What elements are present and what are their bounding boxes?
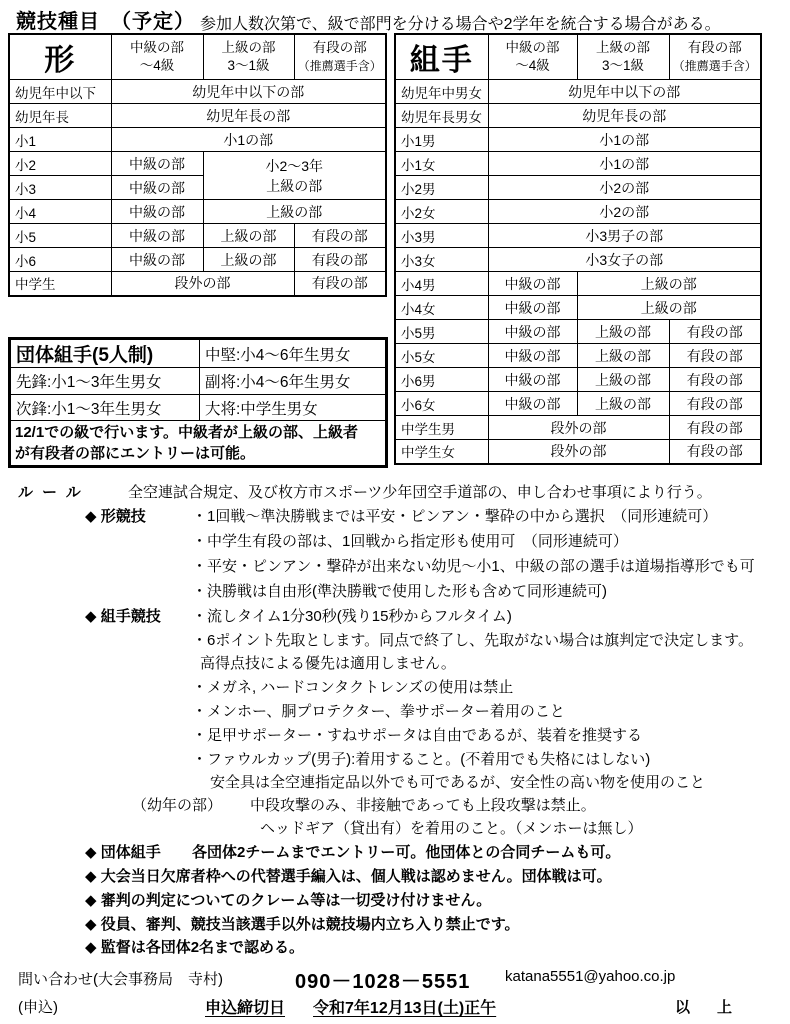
table-row: 団体組手(5人制) 中堅:小4～6年生男女 bbox=[10, 339, 387, 368]
division-cell: 中級の部 bbox=[111, 224, 203, 248]
column-header: 上級の部3～1級 bbox=[577, 34, 669, 80]
kata-table: 形中級の部～4級上級の部3～1級有段の部（推薦選手含）幼児年中以下幼児年中以下の… bbox=[8, 33, 387, 297]
division-cell: 上級の部 bbox=[577, 296, 761, 320]
contact-phone: 090－1028－5551 bbox=[295, 965, 470, 994]
kumite-table: 組手中級の部～4級上級の部3～1級有段の部（推薦選手含）幼児年中男女幼児年中以下… bbox=[394, 33, 762, 465]
division-cell: 中級の部 bbox=[488, 272, 577, 296]
rule-text: ・平安・ピンアン・撃砕が出来ない幼児～小1、中級の部の選手は道場指導形でも可 bbox=[192, 555, 755, 576]
row-label: 小4男 bbox=[395, 272, 488, 296]
team-table-note: 12/1での級で行います。中級者が上級の部、上級者 が有段者の部にエントリーは可… bbox=[10, 421, 387, 467]
deadline: 申込締切日令和7年12月13日(土)正午 bbox=[205, 995, 496, 1018]
column-header: 中級の部～4級 bbox=[111, 34, 203, 80]
rule-line: ◆ 団体組手 各団体2チームまでエントリー可。他団体との合同チームも可。 bbox=[0, 841, 790, 865]
row-label: 幼児年長 bbox=[9, 104, 111, 128]
division-cell: 有段の部 bbox=[294, 248, 386, 272]
title-note: 参加人数次第で、級で部門を分ける場合や2学年を統合する場合がある。 bbox=[200, 11, 721, 34]
rule-line: ・メンホー、胴プロテクター、拳サポーター着用のこと bbox=[0, 700, 790, 724]
table-row: 小5中級の部上級の部有段の部 bbox=[9, 224, 386, 248]
row-label: 小1女 bbox=[395, 152, 488, 176]
row-label: 小2男 bbox=[395, 176, 488, 200]
row-label: 小2女 bbox=[395, 200, 488, 224]
rule-line: 安全具は全空連指定品以外でも可であるが、安全性の高い物を使用のこと bbox=[0, 771, 790, 795]
table-row: 幼児年長幼児年長の部 bbox=[9, 104, 386, 128]
table-row: 小6男中級の部上級の部有段の部 bbox=[395, 368, 761, 392]
division-cell: 有段の部 bbox=[669, 368, 761, 392]
rule-text: ヘッドギア（貸出有）を着用のこと。（メンホーは無し） bbox=[260, 817, 643, 838]
row-label: 小2 bbox=[9, 152, 111, 176]
division-cell: 中級の部 bbox=[488, 320, 577, 344]
rule-line: 高得点技による優先は適用しません。 bbox=[0, 652, 790, 676]
division-cell: 中級の部 bbox=[111, 248, 203, 272]
rule-text: 各団体2チームまでエントリー可。他団体との合同チームも可。 bbox=[192, 841, 620, 862]
division-cell: 中級の部 bbox=[488, 344, 577, 368]
table-row: 幼児年中以下幼児年中以下の部 bbox=[9, 80, 386, 104]
team-position-cell: 中堅:小4～6年生男女 bbox=[200, 339, 387, 368]
row-label: 小6女 bbox=[395, 392, 488, 416]
rule-text: ・中学生有段の部は、1回戦から指定形も使用可 （同形連続可） bbox=[192, 530, 628, 551]
note-line: 12/1での級で行います。中級者が上級の部、上級者 bbox=[15, 422, 382, 443]
division-cell: 小2～3年上級の部 bbox=[203, 152, 386, 200]
division-cell: 小1の部 bbox=[111, 128, 386, 152]
header-row: 組手中級の部～4級上級の部3～1級有段の部（推薦選手含） bbox=[395, 34, 761, 80]
row-label: 小1男 bbox=[395, 128, 488, 152]
division-cell: 中級の部 bbox=[488, 368, 577, 392]
rule-head: ◆ 団体組手 bbox=[85, 841, 161, 862]
division-cell: 上級の部 bbox=[577, 344, 669, 368]
row-label: 小4女 bbox=[395, 296, 488, 320]
table-row: 幼児年長男女幼児年長の部 bbox=[395, 104, 761, 128]
rule-text: 高得点技による優先は適用しません。 bbox=[200, 652, 456, 673]
division-cell: 幼児年長の部 bbox=[111, 104, 386, 128]
table-row: 小3女小3女子の部 bbox=[395, 248, 761, 272]
division-cell: 上級の部 bbox=[577, 320, 669, 344]
rule-line: ・6ポイント先取とします。同点で終了し、先取がない場合は旗判定で決定します。 bbox=[0, 629, 790, 653]
table-title: 組手 bbox=[395, 34, 488, 80]
division-cell: 有段の部 bbox=[294, 272, 386, 296]
table-row: 小5女中級の部上級の部有段の部 bbox=[395, 344, 761, 368]
table-row: 小1女小1の部 bbox=[395, 152, 761, 176]
column-header: 有段の部（推薦選手含） bbox=[294, 34, 386, 80]
rule-text: ・ファウルカップ(男子):着用すること。(不着用でも失格にはしない) bbox=[192, 748, 650, 769]
rule-line: ◆ 監督は各団体2名まで認める。 bbox=[0, 936, 790, 960]
rule-line: ◆ 審判の判定についてのクレーム等は一切受け付けません。 bbox=[0, 889, 790, 913]
table-row: 幼児年中男女幼児年中以下の部 bbox=[395, 80, 761, 104]
row-label: 小1 bbox=[9, 128, 111, 152]
note-line: が有段者の部にエントリーは可能。 bbox=[15, 443, 382, 464]
division-cell: 有段の部 bbox=[669, 440, 761, 464]
division-cell: 幼児年中以下の部 bbox=[111, 80, 386, 104]
division-cell: 中級の部 bbox=[111, 200, 203, 224]
column-header: 有段の部（推薦選手含） bbox=[669, 34, 761, 80]
row-label: 小6 bbox=[9, 248, 111, 272]
row-label: 小5 bbox=[9, 224, 111, 248]
rule-head: ◆ 組手競技 bbox=[85, 605, 161, 626]
column-header: 上級の部3～1級 bbox=[203, 34, 294, 80]
division-cell: 小2の部 bbox=[488, 200, 761, 224]
rule-line: ・中学生有段の部は、1回戦から指定形も使用可 （同形連続可） bbox=[0, 530, 790, 554]
deadline-value: 令和7年12月13日(土)正午 bbox=[313, 1000, 496, 1017]
rule-line: ・足甲サポーター・すねサポータは自由であるが、装着を推奨する bbox=[0, 724, 790, 748]
team-position-cell: 大将:中学生男女 bbox=[200, 395, 387, 421]
division-cell: 有段の部 bbox=[669, 416, 761, 440]
row-label: 小3女 bbox=[395, 248, 488, 272]
rule-text: ◆ 役員、審判、競技当該選手以外は競技場内立ち入り禁止です。 bbox=[85, 913, 520, 934]
division-cell: 有段の部 bbox=[294, 224, 386, 248]
division-cell: 段外の部 bbox=[111, 272, 294, 296]
division-cell: 上級の部 bbox=[203, 200, 386, 224]
table-row: 小6女中級の部上級の部有段の部 bbox=[395, 392, 761, 416]
rule-text: ・1回戦～準決勝戦までは平安・ピンアン・撃砕の中から選択 （同形連続可） bbox=[192, 505, 717, 526]
division-cell: 幼児年中以下の部 bbox=[488, 80, 761, 104]
row-label: 中学生男 bbox=[395, 416, 488, 440]
row-label: 幼児年長男女 bbox=[395, 104, 488, 128]
closing-mark: 以 上 bbox=[675, 996, 738, 1017]
rule-text: ・6ポイント先取とします。同点で終了し、先取がない場合は旗判定で決定します。 bbox=[192, 629, 753, 650]
division-cell: 上級の部 bbox=[203, 224, 294, 248]
rule-line: ・ファウルカップ(男子):着用すること。(不着用でも失格にはしない) bbox=[0, 748, 790, 772]
rule-text: 中段攻撃のみ、非接触であっても上段攻撃は禁止。 bbox=[250, 794, 596, 815]
row-label: 小5女 bbox=[395, 344, 488, 368]
row-label: 小6男 bbox=[395, 368, 488, 392]
division-cell: 小3男子の部 bbox=[488, 224, 761, 248]
table-row: 小3男小3男子の部 bbox=[395, 224, 761, 248]
rules-label: ルール bbox=[18, 481, 90, 502]
rule-line: （幼年の部） 中段攻撃のみ、非接触であっても上段攻撃は禁止。 bbox=[0, 794, 790, 818]
division-cell: 小3女子の部 bbox=[488, 248, 761, 272]
rule-text: ・流しタイム1分30秒(残り15秒からフルタイム) bbox=[192, 605, 512, 626]
rule-head: ◆ 形競技 bbox=[85, 505, 146, 526]
division-cell: 中級の部 bbox=[111, 176, 203, 200]
table-row: 小4男中級の部上級の部 bbox=[395, 272, 761, 296]
rule-text: ◆ 監督は各団体2名まで認める。 bbox=[85, 936, 304, 957]
rules-intro-line: ルール 全空連試合規定、及び枚方市スポーツ少年団空手道部の、申し合わせ事項により… bbox=[0, 481, 790, 505]
division-cell: 上級の部 bbox=[577, 272, 761, 296]
contact-email: katana5551@yahoo.co.jp bbox=[505, 968, 675, 985]
team-position-cell: 次鋒:小1～3年生男女 bbox=[10, 395, 200, 421]
rule-line: ・メガネ, ハードコンタクトレンズの使用は禁止 bbox=[0, 676, 790, 700]
table-row: 小2男小2の部 bbox=[395, 176, 761, 200]
team-table-title: 団体組手(5人制) bbox=[10, 339, 200, 368]
division-cell: 段外の部 bbox=[488, 416, 669, 440]
row-label: 小3男 bbox=[395, 224, 488, 248]
table-row: 小1男小1の部 bbox=[395, 128, 761, 152]
table-title: 形 bbox=[9, 34, 111, 80]
column-header: 中級の部～4級 bbox=[488, 34, 577, 80]
division-cell: 有段の部 bbox=[669, 392, 761, 416]
table-row: 中学生段外の部有段の部 bbox=[9, 272, 386, 296]
rule-line: ◆ 組手競技 ・流しタイム1分30秒(残り15秒からフルタイム) bbox=[0, 605, 790, 629]
row-label: 中学生女 bbox=[395, 440, 488, 464]
rule-text: ◆ 審判の判定についてのクレーム等は一切受け付けません。 bbox=[85, 889, 491, 910]
division-cell: 中級の部 bbox=[488, 392, 577, 416]
division-cell: 幼児年長の部 bbox=[488, 104, 761, 128]
rule-line: ヘッドギア（貸出有）を着用のこと。（メンホーは無し） bbox=[0, 817, 790, 841]
rule-text: 安全具は全空連指定品以外でも可であるが、安全性の高い物を使用のこと bbox=[210, 771, 705, 792]
division-cell: 上級の部 bbox=[577, 368, 669, 392]
table-row: 先鋒:小1～3年生男女 副将:小4～6年生男女 bbox=[10, 368, 387, 395]
table-row: 小1小1の部 bbox=[9, 128, 386, 152]
table-row: 小4女中級の部上級の部 bbox=[395, 296, 761, 320]
rule-head: （幼年の部） bbox=[132, 794, 222, 815]
row-label: 小3 bbox=[9, 176, 111, 200]
row-label: 中学生 bbox=[9, 272, 111, 296]
row-label: 小5男 bbox=[395, 320, 488, 344]
table-row: 小5男中級の部上級の部有段の部 bbox=[395, 320, 761, 344]
division-cell: 有段の部 bbox=[669, 344, 761, 368]
table-row: 12/1での級で行います。中級者が上級の部、上級者 が有段者の部にエントリーは可… bbox=[10, 421, 387, 467]
division-cell: 中級の部 bbox=[488, 296, 577, 320]
rule-line: ◆ 大会当日欠席者枠への代替選手編入は、個人戦は認めません。団体戦は可。 bbox=[0, 865, 790, 889]
division-cell: 段外の部 bbox=[488, 440, 669, 464]
division-cell: 上級の部 bbox=[203, 248, 294, 272]
team-position-cell: 先鋒:小1～3年生男女 bbox=[10, 368, 200, 395]
deadline-label: 申込締切日 bbox=[205, 1000, 313, 1017]
table-row: 小4中級の部上級の部 bbox=[9, 200, 386, 224]
row-label: 幼児年中以下 bbox=[9, 80, 111, 104]
rule-text: ・メンホー、胴プロテクター、拳サポーター着用のこと bbox=[192, 700, 565, 721]
division-cell: 小2の部 bbox=[488, 176, 761, 200]
division-cell: 小1の部 bbox=[488, 128, 761, 152]
rule-line: ・決勝戦は自由形(準決勝戦で使用した形も含めて同形連続可) bbox=[0, 580, 790, 604]
page-title: 競技種目 （予定） bbox=[16, 5, 195, 34]
table-row: 小2女小2の部 bbox=[395, 200, 761, 224]
table-row: 小2中級の部小2～3年上級の部 bbox=[9, 152, 386, 176]
rule-text: ・足甲サポーター・すねサポータは自由であるが、装着を推奨する bbox=[192, 724, 642, 745]
rule-line: ・平安・ピンアン・撃砕が出来ない幼児～小1、中級の部の選手は道場指導形でも可 bbox=[0, 555, 790, 579]
table-row: 小6中級の部上級の部有段の部 bbox=[9, 248, 386, 272]
contact-label: 問い合わせ(大会事務局 寺村) bbox=[18, 968, 223, 989]
rule-line: ◆ 役員、審判、競技当該選手以外は競技場内立ち入り禁止です。 bbox=[0, 913, 790, 937]
table-row: 中学生女段外の部有段の部 bbox=[395, 440, 761, 464]
rule-text: ・決勝戦は自由形(準決勝戦で使用した形も含めて同形連続可) bbox=[192, 580, 607, 601]
team-position-cell: 副将:小4～6年生男女 bbox=[200, 368, 387, 395]
division-cell: 上級の部 bbox=[577, 392, 669, 416]
header-row: 形中級の部～4級上級の部3～1級有段の部（推薦選手含） bbox=[9, 34, 386, 80]
row-label: 小4 bbox=[9, 200, 111, 224]
rule-line: ◆ 形競技 ・1回戦～準決勝戦までは平安・ピンアン・撃砕の中から選択 （同形連続… bbox=[0, 505, 790, 529]
division-cell: 中級の部 bbox=[111, 152, 203, 176]
division-cell: 有段の部 bbox=[669, 320, 761, 344]
table-row: 中学生男段外の部有段の部 bbox=[395, 416, 761, 440]
rules-intro: 全空連試合規定、及び枚方市スポーツ少年団空手道部の、申し合わせ事項により行う。 bbox=[128, 481, 712, 502]
apply-label: (申込) bbox=[18, 996, 58, 1017]
division-cell: 小1の部 bbox=[488, 152, 761, 176]
row-label: 幼児年中男女 bbox=[395, 80, 488, 104]
rule-text: ◆ 大会当日欠席者枠への代替選手編入は、個人戦は認めません。団体戦は可。 bbox=[85, 865, 612, 886]
document-page: 競技種目 （予定） 参加人数次第で、級で部門を分ける場合や2学年を統合する場合が… bbox=[0, 0, 790, 1024]
table-row: 次鋒:小1～3年生男女 大将:中学生男女 bbox=[10, 395, 387, 421]
team-kumite-table: 団体組手(5人制) 中堅:小4～6年生男女 先鋒:小1～3年生男女 副将:小4～… bbox=[8, 337, 388, 468]
rule-text: ・メガネ, ハードコンタクトレンズの使用は禁止 bbox=[192, 676, 513, 697]
